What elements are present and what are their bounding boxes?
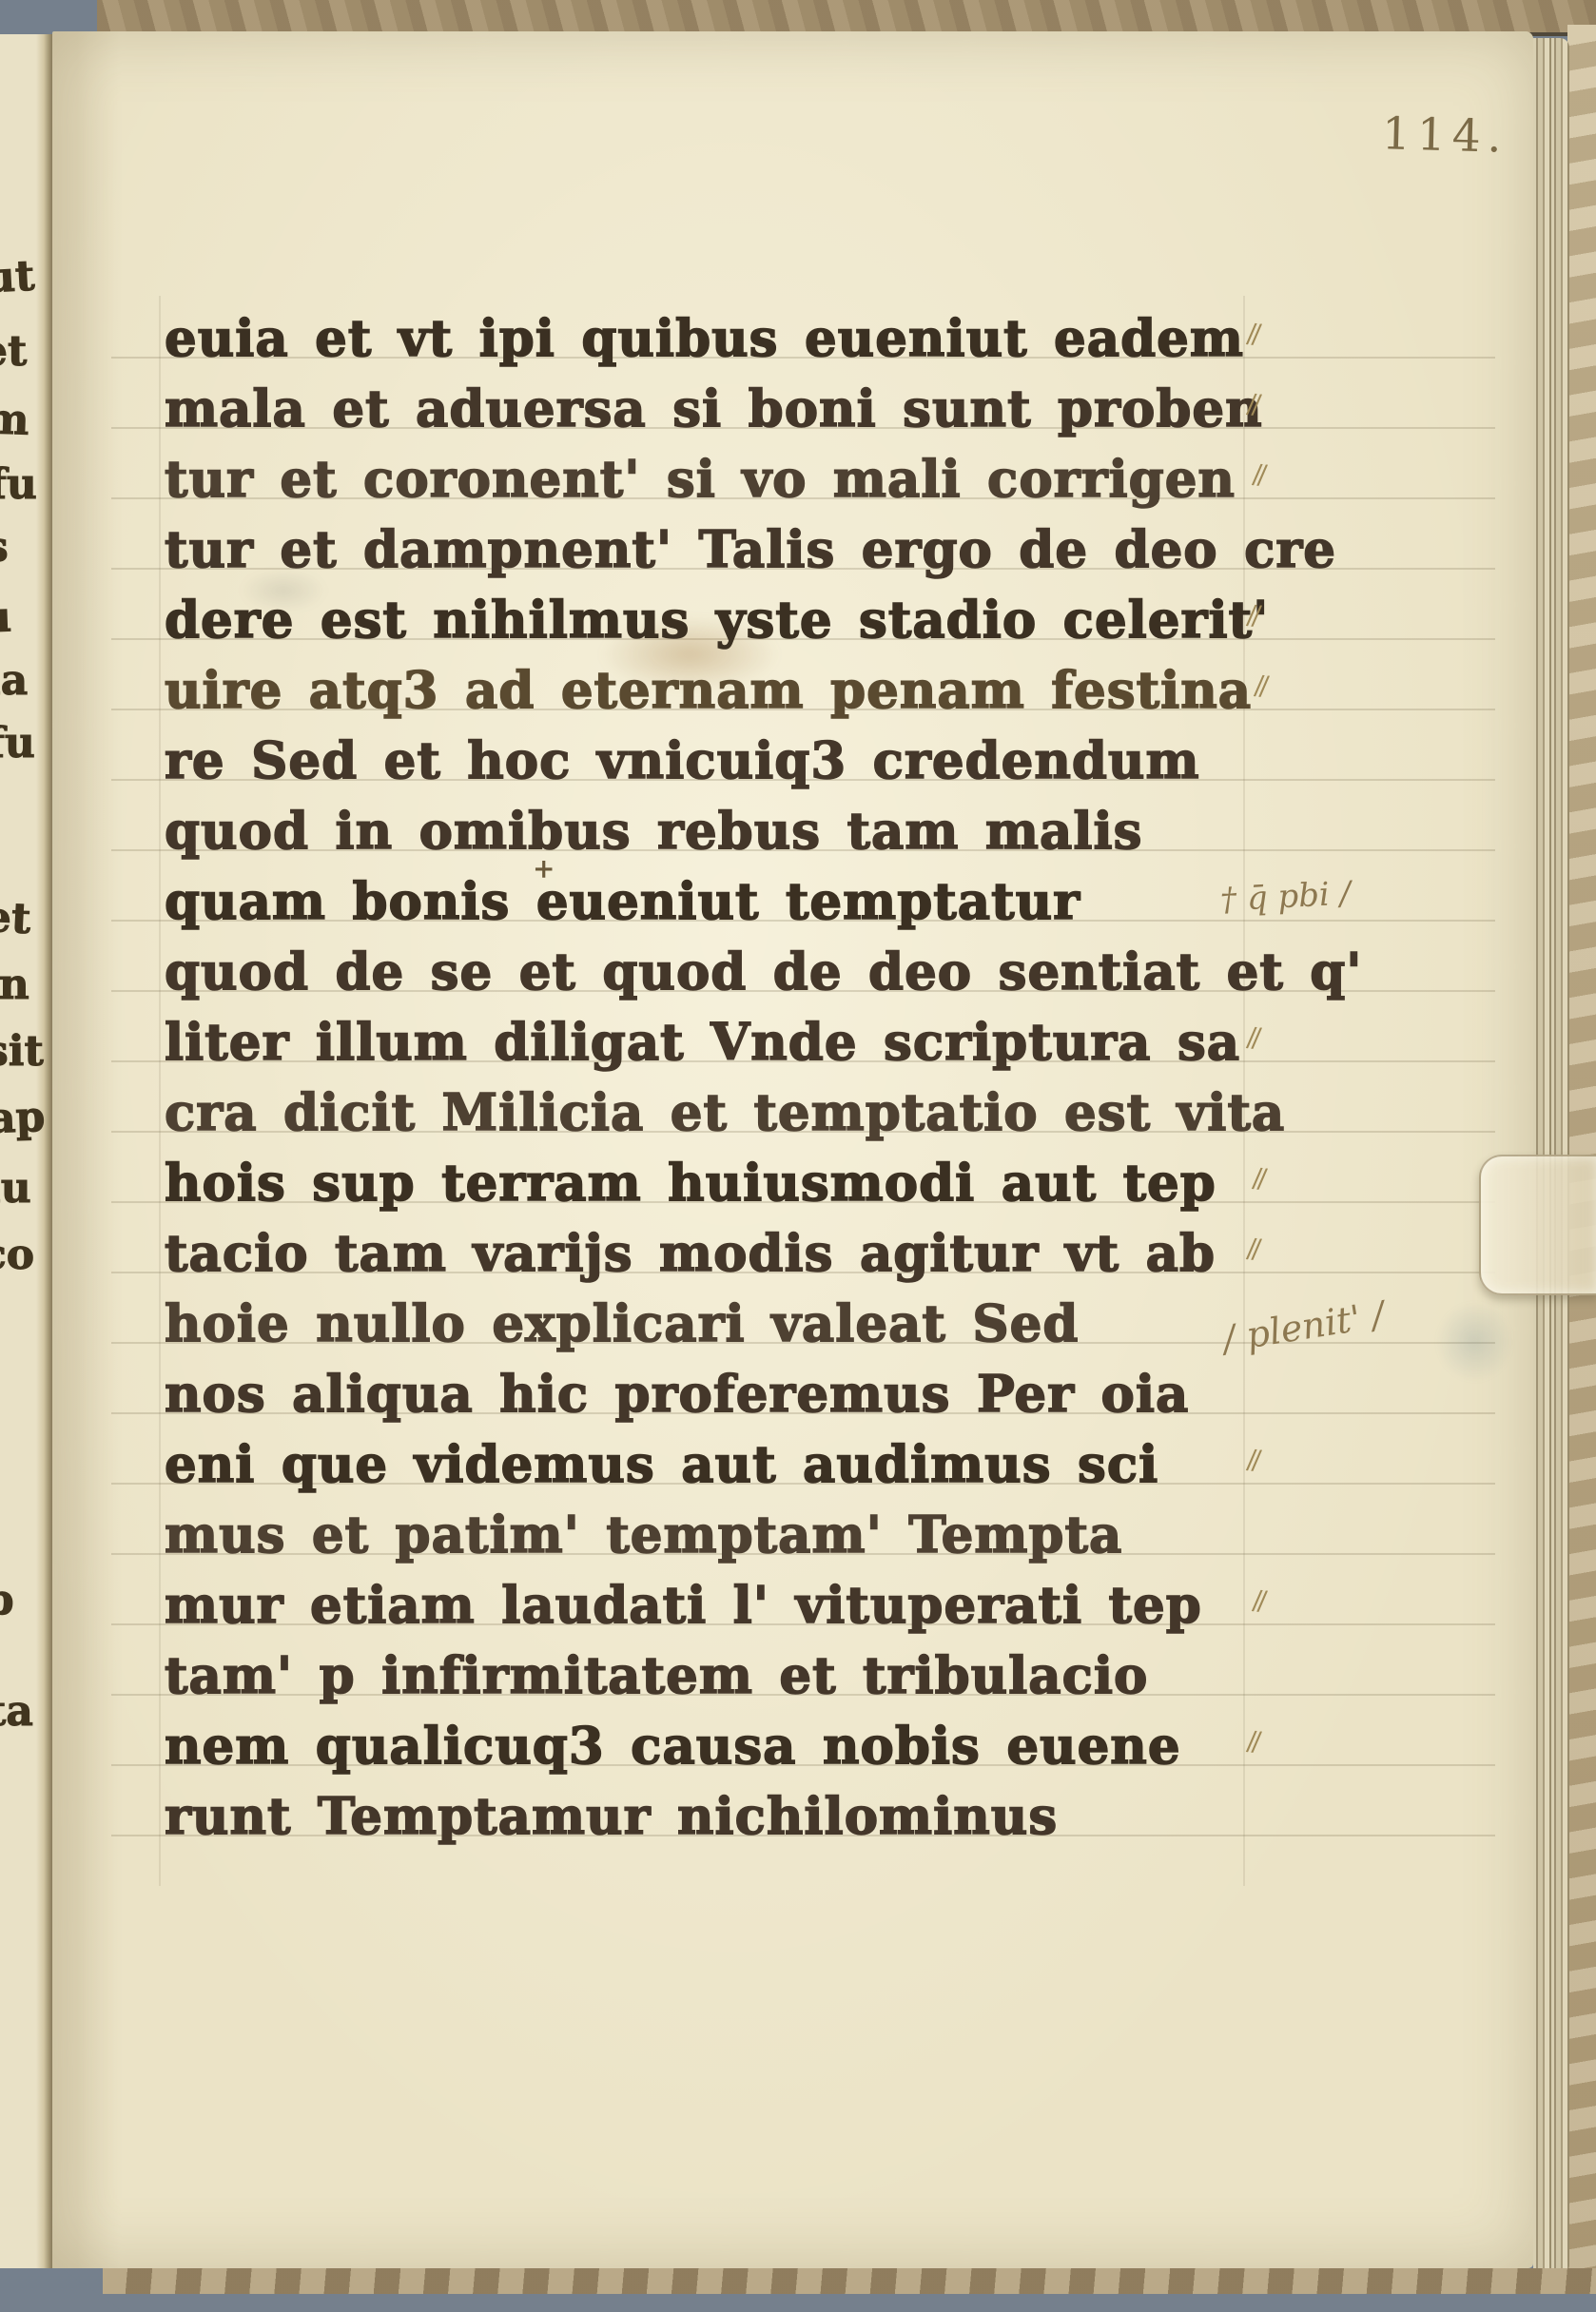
- gutter-text-fragment: sit: [0, 1031, 44, 1073]
- text-line: euia et vt ipi quibus eueniut eadem: [165, 303, 1296, 374]
- gutter-text-fragment: in: [0, 964, 29, 1006]
- book-bottom-edge: [103, 2268, 1596, 2294]
- book-cover-edge: [1567, 25, 1596, 2281]
- text-line: mala et aduersa si boni sunt proben: [165, 374, 1296, 444]
- text-line: hoie nullo explicari valeat Sed: [165, 1289, 1296, 1359]
- gutter-facing-page: ut et m fu s u la fu et in sit ap iu co …: [0, 34, 52, 2268]
- gutter-text-fragment: co: [0, 1234, 34, 1276]
- folio-number: 114.: [1381, 111, 1508, 159]
- text-line: uire atq3 ad eternam penam festina: [165, 655, 1296, 726]
- text-line: hois sup terram huiusmodi aut tep: [165, 1148, 1296, 1218]
- manuscript-page: 114. euia et vt ipi quibus eueniut eadem…: [52, 31, 1533, 2268]
- text-line: runt Temptamur nichilominus: [165, 1781, 1296, 1852]
- text-block: euia et vt ipi quibus eueniut eadem mala…: [165, 303, 1296, 1852]
- text-line: dere est nihilmus yste stadio celerit': [165, 585, 1296, 655]
- text-line: quod de se et quod de deo sentiat et q': [165, 937, 1296, 1007]
- text-line: tur et dampnent' Talis ergo de deo cre: [165, 515, 1296, 585]
- text-line: tacio tam varijs modis agitur vt ab: [165, 1218, 1296, 1289]
- gutter-text-fragment: et: [0, 331, 27, 373]
- interlinear-cross-mark: +: [533, 853, 555, 884]
- gutter-text-fragment: ut: [0, 256, 35, 301]
- gutter-text-fragment: b: [0, 1579, 15, 1622]
- gutter-text-fragment: fu: [0, 723, 35, 765]
- text-line: quam bonis eueniut temptatur: [165, 866, 1296, 937]
- margin-note: † q̄ pbi /: [1219, 874, 1352, 919]
- text-line: tur et coronent' si vo mali corrigen: [165, 444, 1296, 515]
- text-line: mur etiam laudati l' vituperati tep: [165, 1570, 1296, 1641]
- text-line: tam' p infirmitatem et tribulacio: [165, 1641, 1296, 1711]
- gutter-text-fragment: et: [0, 897, 31, 941]
- text-line: quod in omibus rebus tam malis: [165, 796, 1296, 866]
- gutter-text-fragment: iu: [0, 1168, 31, 1210]
- gutter-text-fragment: fu: [0, 464, 37, 506]
- text-line: eni que videmus aut audimus sci: [165, 1429, 1296, 1500]
- text-line: mus et patim' temptam' Tempta: [165, 1500, 1296, 1570]
- gutter-text-fragment: s: [0, 527, 9, 569]
- show-through-smudge: [1420, 1285, 1529, 1399]
- text-line: nos aliqua hic proferemus Per oia: [165, 1359, 1296, 1429]
- text-line: re Sed et hoc vnicuiq3 credendum: [165, 726, 1296, 796]
- text-line: nem qualicuq3 causa nobis euene: [165, 1711, 1296, 1781]
- gutter-text-fragment: ta: [0, 1691, 33, 1733]
- manuscript-photo: { "folio": { "number": "114." }, "text":…: [0, 0, 1596, 2312]
- ruling-vertical-left: [159, 296, 161, 1886]
- gutter-text-fragment: u: [0, 596, 12, 639]
- text-line: liter illum diligat Vnde scriptura sa: [165, 1007, 1296, 1078]
- gutter-text-fragment: m: [0, 398, 29, 442]
- vellum-fore-edge-tab: [1479, 1155, 1596, 1295]
- text-line: cra dicit Milicia et temptatio est vita: [165, 1078, 1296, 1148]
- gutter-text-fragment: la: [0, 660, 28, 702]
- gutter-text-fragment: ap: [0, 1097, 46, 1140]
